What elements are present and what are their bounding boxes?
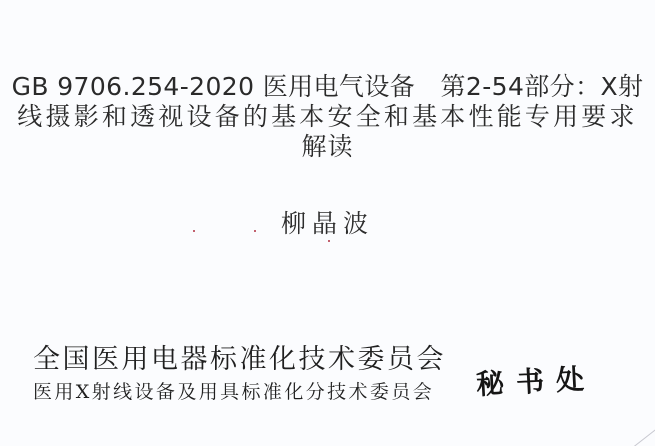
corner-divider	[630, 429, 655, 446]
author-name: 柳晶波	[0, 204, 655, 240]
title-line-3: 解读	[0, 132, 655, 162]
title-line-1: GB 9706.254-2020 医用电气设备 第2-54部分：X射	[0, 72, 655, 102]
decorative-dot	[328, 240, 330, 242]
slide-title: GB 9706.254-2020 医用电气设备 第2-54部分：X射 线摄影和透…	[0, 72, 655, 162]
secretariat-label: 秘书处	[475, 357, 597, 403]
organization-main: 全国医用电器标准化技术委员会	[33, 344, 446, 376]
presentation-slide: GB 9706.254-2020 医用电气设备 第2-54部分：X射 线摄影和透…	[0, 0, 655, 446]
decorative-dot	[193, 230, 195, 232]
decorative-dot	[254, 230, 256, 232]
organization-block: 全国医用电器标准化技术委员会 医用X射线设备及用具标准化分技术委员会	[33, 344, 446, 404]
organization-sub: 医用X射线设备及用具标准化分技术委员会	[33, 380, 446, 404]
title-line-2: 线摄影和透视设备的基本安全和基本性能专用要求	[0, 102, 655, 132]
